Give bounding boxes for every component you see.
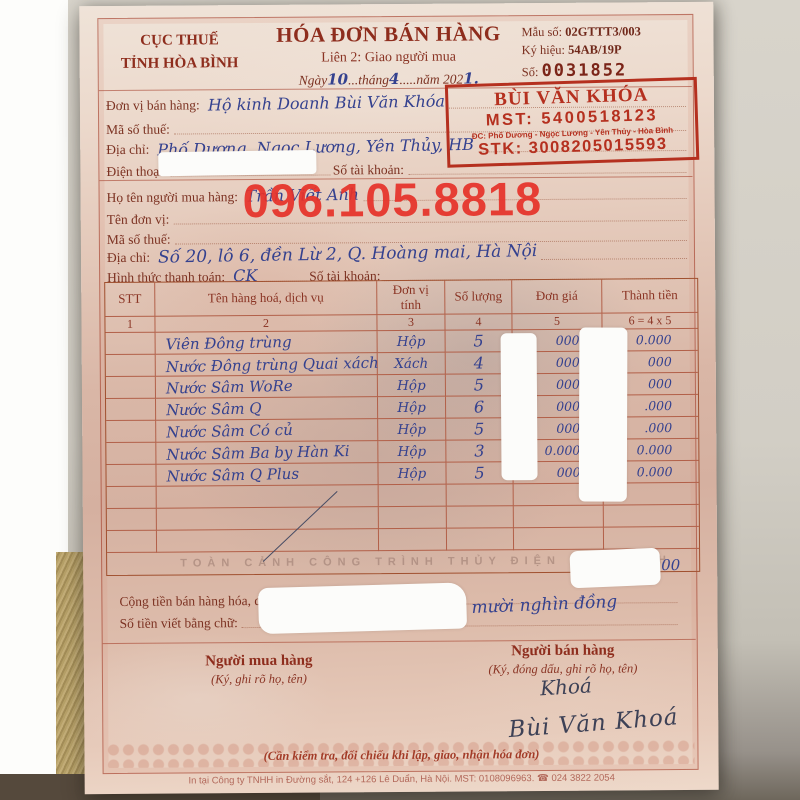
row1-name-handwritten: Viên Đông trùng <box>165 332 291 353</box>
empty-cell <box>107 487 157 509</box>
seller-unit-handwritten: Hộ kinh Doanh Bùi Văn Khóa <box>208 93 445 113</box>
serial-symbol-line: Ký hiệu: 54AB/19P <box>522 40 690 59</box>
unit-line1: Đơn vị <box>393 283 429 298</box>
empty-cell <box>107 531 157 553</box>
row4-name: Nước Sâm Q <box>156 397 378 421</box>
empty-cell <box>157 485 379 509</box>
empty-cell <box>379 507 447 529</box>
row3-name-handwritten: Nước Sâm WoRe <box>166 376 293 397</box>
buyer-signature-title: Người mua hàng <box>159 652 359 670</box>
invoice-title: HÓA ĐƠN BÁN HÀNG <box>255 21 521 48</box>
row7-name-handwritten: Nước Sâm Q Plus <box>166 464 299 485</box>
row7-unit: Hộp <box>378 463 446 485</box>
empty-cell <box>379 485 447 507</box>
row3-name: Nước Sâm WoRe <box>156 375 378 399</box>
buyer-name-label: Họ tên người mua hàng: <box>107 189 239 206</box>
redaction-patch-price-column <box>501 333 538 480</box>
redaction-patch-total-column <box>579 327 628 501</box>
empty-cell <box>447 484 514 506</box>
empty-cell <box>157 529 379 553</box>
col-num: 2 <box>155 315 377 333</box>
row1-unit: Hộp <box>378 331 446 353</box>
empty-cell <box>604 505 699 528</box>
buyer-signature-note: (Ký, ghi rõ họ, tên) <box>159 671 359 687</box>
row5-unit: Hộp <box>378 419 446 441</box>
row1-name: Viên Đông trùng <box>156 331 378 355</box>
date-month-handwritten: 4 <box>389 70 400 88</box>
col-header-unit: Đơn vịtính <box>377 281 445 315</box>
empty-cell <box>157 507 379 531</box>
row4-stt <box>106 399 156 421</box>
row7-name: Nước Sâm Q Plus <box>156 463 378 487</box>
col-header-name: Tên hàng hoá, dịch vụ <box>155 281 377 317</box>
buyer-signature-block: Người mua hàng (Ký, ghi rõ họ, tên) <box>159 652 359 687</box>
row5-name-handwritten: Nước Sâm Có củ <box>166 420 293 441</box>
row3-stt <box>106 377 156 399</box>
row4-name-handwritten: Nước Sâm Q <box>166 399 262 419</box>
row7-stt <box>106 465 156 487</box>
col-header-total: Thành tiền <box>602 279 697 314</box>
invoice-number-label: Số: <box>522 65 539 79</box>
empty-cell <box>107 509 157 531</box>
empty-cell <box>514 506 604 529</box>
invoice-paper: CỤC THUẾ TỈNH HÒA BÌNH HÓA ĐƠN BÁN HÀNG … <box>79 2 718 794</box>
redaction-patch-amount-words <box>258 582 467 634</box>
tax-office-block: CỤC THUẾ TỈNH HÒA BÌNH <box>103 23 255 90</box>
row5-name: Nước Sâm Có củ <box>156 419 378 443</box>
row2-stt <box>106 355 156 377</box>
invoice-number-value: 0031852 <box>541 61 627 82</box>
redaction-patch-phone <box>158 150 316 176</box>
date-prefix: Ngày <box>299 72 328 87</box>
form-number-label: Mẫu số: <box>521 25 562 39</box>
tax-office-line2: TỈNH HÒA BÌNH <box>104 51 256 75</box>
col-header-qty: Số lượng <box>445 280 512 314</box>
redaction-patch-grand-total <box>569 548 660 589</box>
col-num: 1 <box>105 317 155 333</box>
seller-signature-block: Người bán hàng (Ký, đóng dấu, ghi rõ họ,… <box>458 642 668 677</box>
row5-stt <box>106 421 156 443</box>
tax-office-line1: CỤC THUẾ <box>103 29 255 53</box>
serial-symbol-label: Ký hiệu: <box>522 43 566 57</box>
empty-cell <box>604 527 699 550</box>
col-header-unit-text: Đơn vịtính <box>393 283 429 312</box>
row1-stt <box>106 333 156 355</box>
grand-total-visible-digits: 00 <box>661 556 680 574</box>
seller-signature-title: Người bán hàng <box>458 642 668 660</box>
seller-address-label: Địa chỉ: <box>106 142 149 158</box>
row6-name-handwritten: Nước Sâm Ba by Hàn Ki <box>166 442 350 464</box>
form-number-value: 02GTTT3/003 <box>565 24 641 39</box>
date-day-handwritten: 10 <box>327 70 348 88</box>
seller-red-stamp: BÙI VĂN KHÓA MST: 5400518123 ĐC: Phố Dươ… <box>445 77 699 168</box>
row3-unit: Hộp <box>378 375 446 397</box>
seller-unit-label: Đơn vị bán hàng: <box>106 97 200 114</box>
col-num: 4 <box>445 314 512 330</box>
row4-unit: Hộp <box>378 397 446 419</box>
date-mid1: ...tháng <box>348 72 389 87</box>
col-header-price: Đơn giá <box>512 280 602 315</box>
empty-cell <box>447 506 514 528</box>
col-header-stt: STT <box>105 283 155 317</box>
empty-cell <box>447 528 514 550</box>
row2-name: Nước Đông trùng Quai xách <box>156 353 378 377</box>
seller-signature-handwritten: Khoá <box>539 673 592 700</box>
row2-name-handwritten: Nước Đông trùng Quai xách <box>166 353 379 375</box>
printer-info: In tại Công ty TNHH in Đường sắt, 124 +1… <box>85 772 719 787</box>
invoice-title-block: HÓA ĐƠN BÁN HÀNG Liên 2: Giao người mua … <box>255 21 521 89</box>
row2-unit: Xách <box>378 353 446 375</box>
row6-unit: Hộp <box>378 441 446 463</box>
empty-cell <box>514 528 604 551</box>
row6-stt <box>106 443 156 465</box>
row6-name: Nước Sâm Ba by Hàn Ki <box>156 441 378 465</box>
invoice-copy-line: Liên 2: Giao người mua <box>256 49 522 67</box>
serial-symbol-value: 54AB/19P <box>568 43 622 57</box>
unit-line2: tính <box>393 297 429 312</box>
phone-number-overlay: 096.105.8818 <box>242 175 542 224</box>
col-num: 3 <box>377 315 445 331</box>
form-number-line: Mẫu số: 02GTTT3/003 <box>521 22 689 41</box>
amount-in-words-label: Số tiền viết bằng chữ: <box>120 615 238 632</box>
empty-cell <box>379 529 447 551</box>
